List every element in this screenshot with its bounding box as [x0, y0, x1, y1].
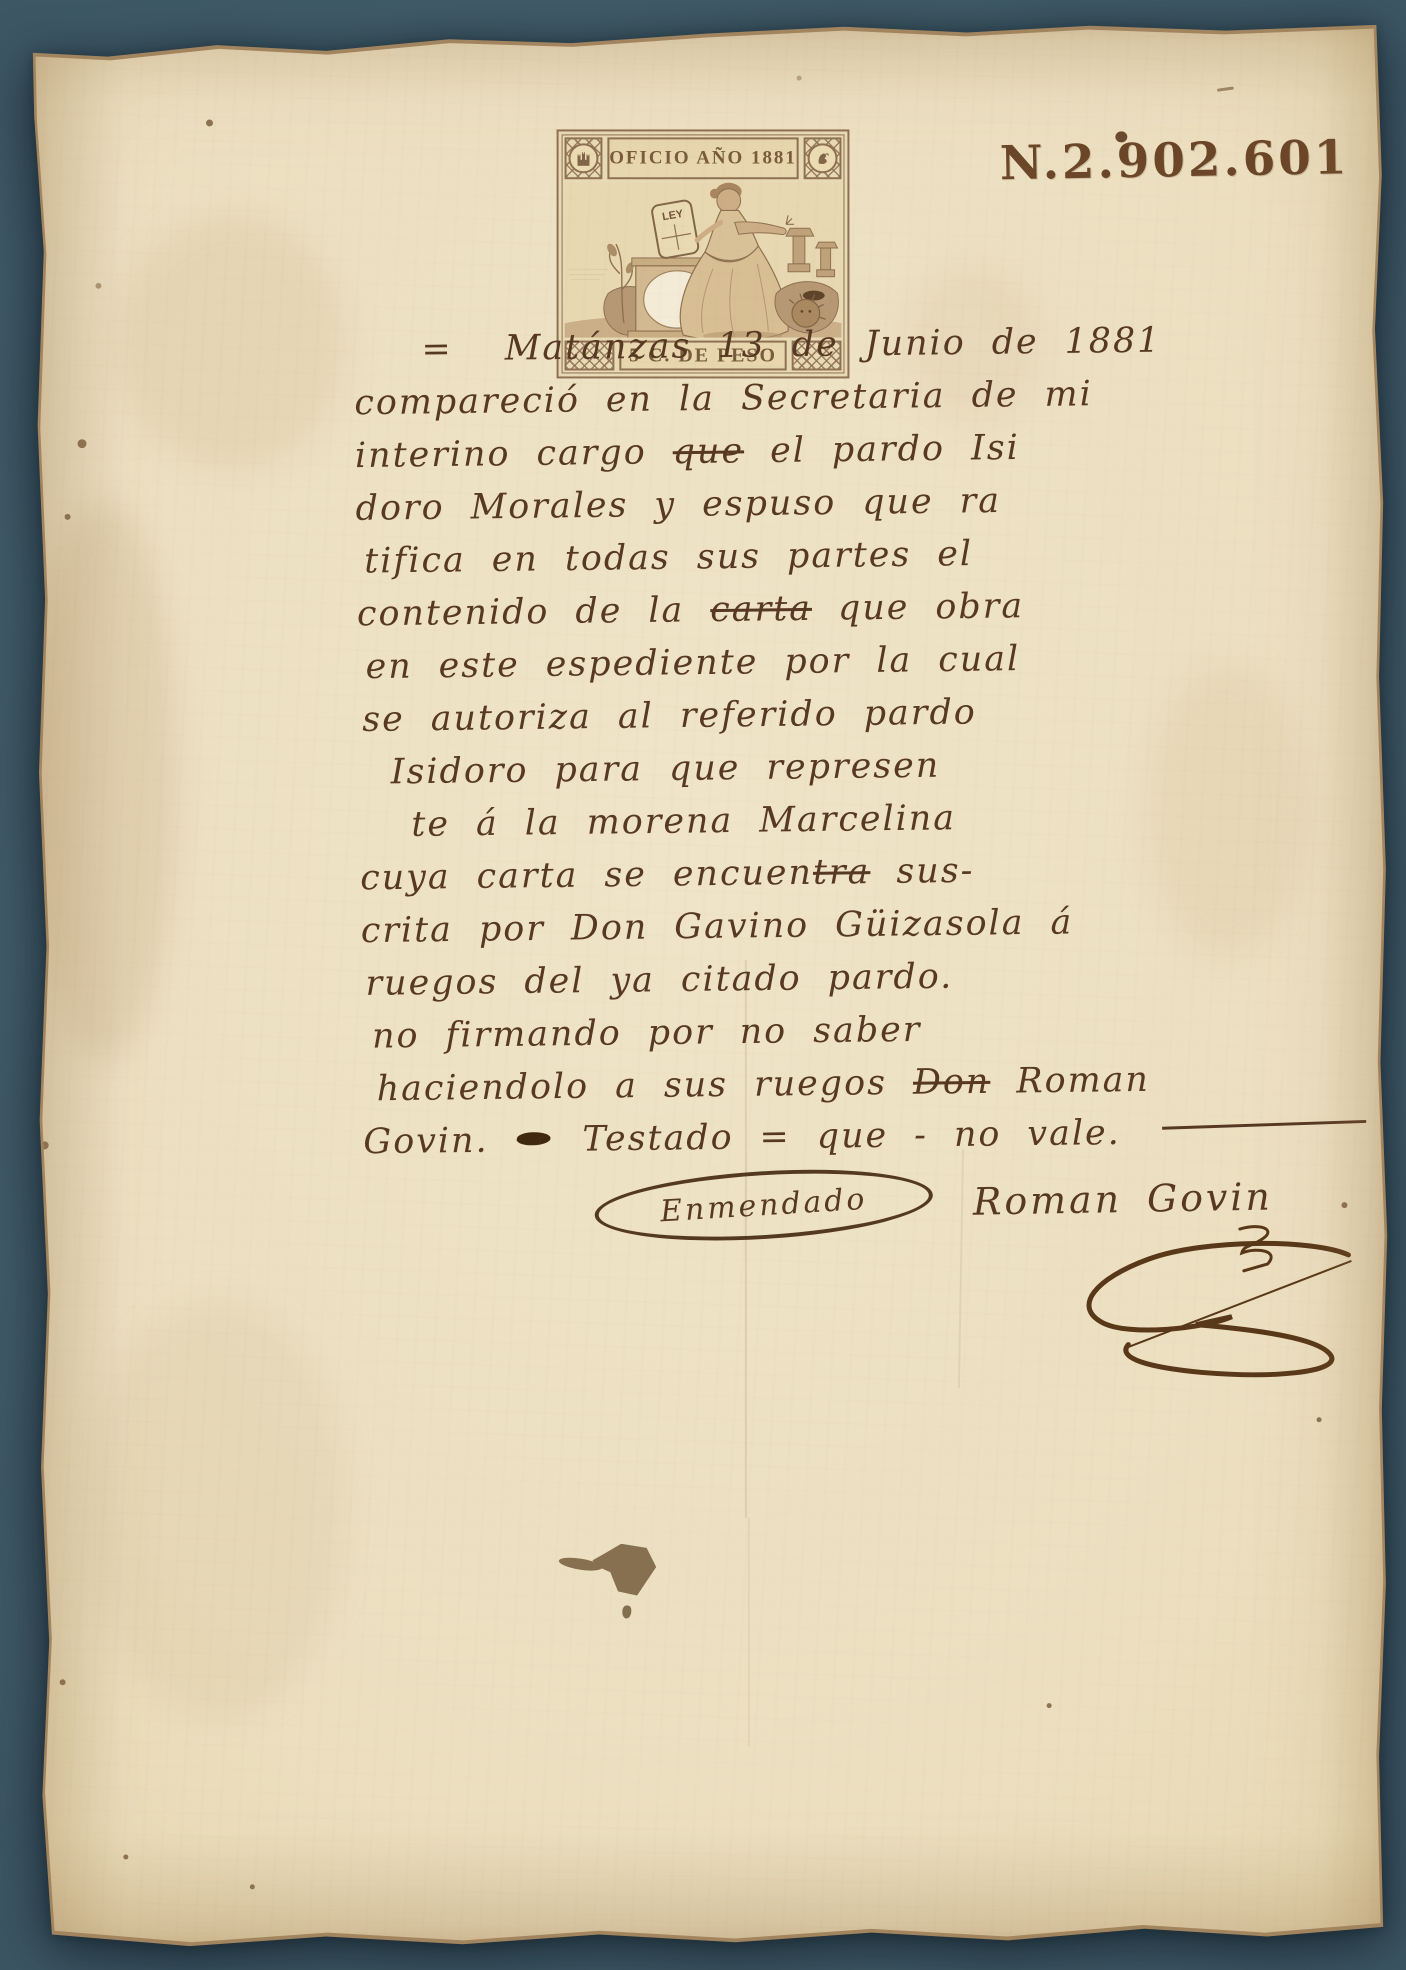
struck-word: tra — [813, 852, 871, 893]
foxing-speck — [123, 1855, 128, 1860]
stamp-corner-left — [565, 137, 603, 179]
foxing-speck — [41, 1141, 49, 1149]
manuscript-line: cuya carta se encuentra sus- — [360, 843, 1157, 906]
foxing-speck — [1047, 1703, 1052, 1708]
manuscript-line: doro Morales y espuso que ra — [355, 473, 1152, 536]
manuscript-line: Isidoro para que represen — [359, 737, 1156, 800]
manuscript-line: interino cargo que el pardo Isi — [355, 420, 1152, 483]
rubric-paraph-icon — [1055, 1237, 1364, 1386]
foxing-speck — [250, 1884, 255, 1889]
foxing-speck — [797, 76, 802, 81]
manuscript-text: crita por Don Gavino Güizasola á — [361, 903, 1074, 952]
law-tablet: LEY — [651, 200, 699, 259]
manuscript-text: cuya carta se encuen — [360, 853, 813, 898]
manuscript-text: compareció en la Secretaria de mi — [354, 374, 1093, 423]
castle-icon — [574, 149, 592, 167]
paper-surface: OFICIO AÑO 1881 — [29, 24, 1388, 1946]
manuscript-text: interino cargo — [355, 432, 673, 476]
aging-stain — [29, 502, 178, 1060]
manuscript-text: Testado = que - no vale. — [556, 1113, 1147, 1160]
manuscript-text: Roman — [990, 1060, 1150, 1102]
foxing-speck — [65, 514, 71, 520]
manuscript-text: no firmando por no saber — [372, 1010, 922, 1057]
aging-stain — [118, 213, 347, 472]
manuscript-text: en este espediente por la cual — [365, 639, 1020, 687]
ink-blob-stain — [592, 1544, 656, 1596]
ink-blot — [515, 1132, 553, 1145]
manuscript-text: sus- — [870, 851, 974, 892]
annotation-text: Enmendado — [659, 1181, 868, 1228]
struck-word: carta — [710, 589, 812, 630]
signature-name: Roman Govin — [973, 1175, 1274, 1224]
foxing-speck — [95, 283, 101, 289]
serial-number: N.2.902.601 — [999, 130, 1349, 191]
manuscript-text: ruegos del ya citado pardo. — [365, 957, 953, 1004]
stamp-corner-right — [804, 137, 842, 179]
document-paper: OFICIO AÑO 1881 — [26, 20, 1390, 1950]
closing-rule — [1163, 1120, 1367, 1130]
castle-emblem — [568, 143, 598, 173]
manuscript-line: haciendolo a sus ruegos Don Roman — [362, 1054, 1159, 1117]
ink-blob-tail — [558, 1555, 603, 1573]
stamp-vignette: LEY — [565, 182, 842, 337]
manuscript-text: doro Morales y espuso que ra — [355, 481, 1001, 529]
manuscript-text: el pardo Isi — [744, 428, 1020, 471]
manuscript-text: te á la morena Marcelina — [411, 798, 956, 844]
manuscript-line: en este espediente por la cual — [357, 632, 1154, 695]
ink-blob-dot — [622, 1606, 631, 1619]
foxing-speck — [206, 119, 213, 126]
paper-crease — [748, 1518, 750, 1747]
manuscript-line: contenido de la carta que obra — [357, 579, 1154, 642]
lion-icon — [814, 149, 832, 167]
stamp-top-banner: OFICIO AÑO 1881 — [607, 137, 799, 179]
manuscript-line: Govin. Testado = que - no vale. — [363, 1107, 1160, 1170]
manuscript-text: tifica en todas sus partes el — [364, 534, 973, 581]
manuscript-line: compareció en la Secretaria de mi — [354, 368, 1151, 431]
paper-crease — [958, 1149, 964, 1388]
manuscript-line: = Matánzas 13 de Junio de 1881 — [353, 315, 1150, 378]
manuscript-line: crita por Don Gavino Güizasola á — [361, 896, 1158, 959]
pen-scratch — [1217, 86, 1234, 91]
manuscript-line: se autoriza al referido pardo — [358, 684, 1155, 747]
foxing-speck — [1341, 1202, 1347, 1208]
manuscript-line: no firmando por no saber — [362, 1001, 1159, 1064]
manuscript-line: ruegos del ya citado pardo. — [361, 948, 1158, 1011]
manuscript-text: = Matánzas 13 de Junio de 1881 — [421, 321, 1161, 370]
manuscript-text: contenido de la — [357, 590, 711, 634]
manuscript: = Matánzas 13 de Junio de 1881compareció… — [353, 315, 1160, 1169]
lion-emblem — [808, 143, 838, 173]
circled-annotation: Enmendado — [593, 1161, 935, 1249]
foxing-speck — [1317, 1417, 1322, 1422]
foxing-speck — [78, 439, 87, 448]
aging-stain — [88, 1299, 347, 1717]
allegory-engraving: LEY — [565, 182, 842, 337]
aging-stain — [1144, 661, 1303, 960]
manuscript-text: Isidoro para que represen — [391, 746, 941, 793]
manuscript-text: Govin. — [363, 1121, 515, 1163]
manuscript-line: te á la morena Marcelina — [359, 790, 1156, 853]
foxing-speck — [60, 1679, 66, 1685]
manuscript-text: que obra — [812, 586, 1025, 628]
manuscript-text: se autoriza al referido pardo — [362, 693, 977, 740]
manuscript-text: haciendolo a sus ruegos — [376, 1063, 913, 1109]
struck-word: que — [672, 431, 744, 472]
photo-background: OFICIO AÑO 1881 — [0, 0, 1406, 1970]
struck-word: Don — [913, 1062, 991, 1103]
manuscript-line: tifica en todas sus partes el — [356, 526, 1153, 589]
